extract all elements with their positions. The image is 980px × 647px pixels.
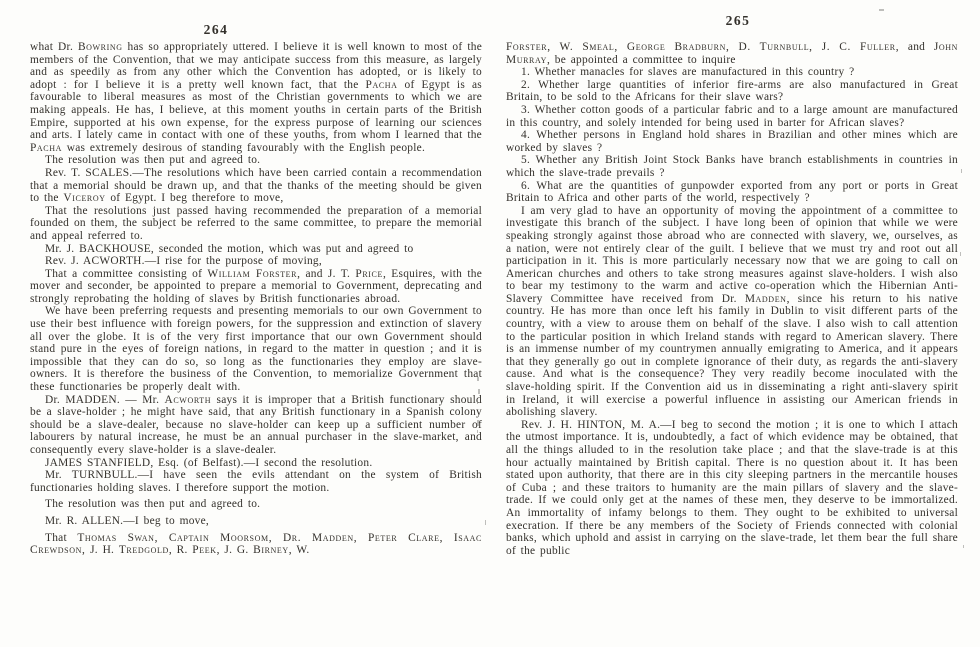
small-caps-name: William Forster <box>207 268 297 280</box>
paragraph: 6. What are the quantities of gunpowder … <box>506 180 958 205</box>
paragraph: That Thomas Swan, Captain Moorsom, Dr. M… <box>30 532 482 557</box>
text-run: That the resolutions just passed having … <box>30 205 482 242</box>
text-run: 5. Whether any British Joint Stock Banks… <box>506 154 958 179</box>
page-body-right: Forster, W. Smeal, George Bradburn, D. T… <box>506 41 958 557</box>
text-run: Dr. MADDEN. — Mr. <box>45 394 165 406</box>
small-caps-name: Viceroy <box>63 192 105 204</box>
text-run: Rev. J. H. HINTON, M. A.—I beg to second… <box>506 419 958 557</box>
paragraph: 4. Whether persons in England hold share… <box>506 129 958 154</box>
small-caps-name: Bowring <box>78 41 123 53</box>
text-run: what Dr. <box>30 41 78 53</box>
scan-artifact <box>474 219 476 226</box>
text-run: 1. Whether manacles for slaves are manuf… <box>521 66 854 78</box>
small-caps-name: Price <box>355 268 383 280</box>
scan-artifact <box>963 545 964 548</box>
small-caps-name: Peek <box>192 544 216 556</box>
text-run: The resolution was then put and agreed t… <box>45 498 260 510</box>
text-run: We have been preferring requests and pre… <box>30 305 482 393</box>
small-caps-name: Tredgold <box>119 544 169 556</box>
book-scan: 264 what Dr. Bowring has so appropriatel… <box>0 0 980 647</box>
paragraph: Mr. J. BACKHOUSE, seconded the motion, w… <box>30 243 482 256</box>
text-run: That <box>45 532 77 544</box>
text-run: Mr. R. ALLEN.—I beg to move, <box>45 515 209 527</box>
small-caps-name: Pacha <box>366 79 398 91</box>
small-caps-name: Acworth <box>165 394 212 406</box>
text-run: That a committee consisting of <box>45 268 207 280</box>
page-264: 264 what Dr. Bowring has so appropriatel… <box>30 0 482 647</box>
paragraph: Rev. T. SCALES.—The resolutions which ha… <box>30 167 482 205</box>
scan-artifact <box>879 9 884 11</box>
page-number-left: 264 <box>0 22 442 38</box>
small-caps-name: Pacha <box>30 142 62 154</box>
scan-artifact <box>477 400 478 404</box>
paragraph: 5. Whether any British Joint Stock Banks… <box>506 154 958 179</box>
text-run: , and J. T. <box>297 268 355 280</box>
text-run: of Egypt. I beg therefore to move, <box>106 192 284 204</box>
scan-artifact <box>477 377 479 381</box>
paragraph: That a committee consisting of William F… <box>30 268 482 306</box>
page-265: 265 Forster, W. Smeal, George Bradburn, … <box>506 0 958 647</box>
text-run: and <box>899 41 934 53</box>
text-run: 4. Whether persons in England hold share… <box>506 129 958 154</box>
scan-artifact <box>960 252 961 256</box>
scan-artifact <box>478 389 480 394</box>
paragraph: Rev. J. H. HINTON, M. A.—I beg to second… <box>506 419 958 558</box>
scan-artifact <box>477 420 479 426</box>
paragraph: Mr. R. ALLEN.—I beg to move, <box>30 515 482 528</box>
paragraph: We have been preferring requests and pre… <box>30 305 482 393</box>
paragraph: The resolution was then put and agreed t… <box>30 498 482 511</box>
text-run: Rev. J. ACWORTH.—I rise for the purpose … <box>45 255 322 267</box>
paragraph: I am very glad to have an opportunity of… <box>506 205 958 419</box>
scan-artifact <box>485 520 486 525</box>
small-caps-name: Forster, W. Smeal, George Bradburn, D. T… <box>506 41 899 53</box>
text-run: Mr. TURNBULL.—I have seen the evils atte… <box>30 469 482 494</box>
text-run: , be appointed a committee to inquire <box>547 54 736 66</box>
text-run: Mr. J. BACKHOUSE, seconded the motion, w… <box>45 243 414 255</box>
small-caps-name: Birney <box>253 544 289 556</box>
paragraph: Dr. MADDEN. — Mr. Acworth says it is imp… <box>30 394 482 457</box>
text-run: J. H. <box>85 544 118 556</box>
paragraph: 2. Whether large quantities of inferior … <box>506 79 958 104</box>
page-body-left: what Dr. Bowring has so appropriately ut… <box>30 41 482 559</box>
paragraph: Mr. TURNBULL.—I have seen the evils atte… <box>30 469 482 494</box>
text-run: 2. Whether large quantities of inferior … <box>506 79 958 104</box>
text-run: 3. Whether cotton goods of a particular … <box>506 104 958 129</box>
paragraph: 1. Whether manacles for slaves are manuf… <box>506 66 958 79</box>
text-run: 6. What are the quantities of gunpowder … <box>506 180 958 205</box>
paragraph: Rev. J. ACWORTH.—I rise for the purpose … <box>30 255 482 268</box>
scan-artifact <box>961 169 962 173</box>
text-run: The resolution was then put and agreed t… <box>45 154 260 166</box>
text-run: , W. <box>289 544 310 556</box>
paragraph: Forster, W. Smeal, George Bradburn, D. T… <box>506 41 958 66</box>
small-caps-name: Madden <box>745 293 787 305</box>
text-run: was extremely desirous of standing favou… <box>62 142 425 154</box>
paragraph: That the resolutions just passed having … <box>30 205 482 243</box>
text-run: JAMES STANFIELD, Esq. (of Belfast).—I se… <box>45 457 372 469</box>
page-number-right: 265 <box>512 13 964 29</box>
text-run: , J. G. <box>217 544 254 556</box>
paragraph: The resolution was then put and agreed t… <box>30 154 482 167</box>
text-run: , since his return to his native country… <box>506 293 958 418</box>
text-run: , R. <box>169 544 192 556</box>
scan-artifact <box>477 430 478 433</box>
paragraph: 3. Whether cotton goods of a particular … <box>506 104 958 129</box>
paragraph: what Dr. Bowring has so appropriately ut… <box>30 41 482 154</box>
text-run: I am very glad to have an opportunity of… <box>506 205 958 305</box>
paragraph: JAMES STANFIELD, Esq. (of Belfast).—I se… <box>30 457 482 470</box>
